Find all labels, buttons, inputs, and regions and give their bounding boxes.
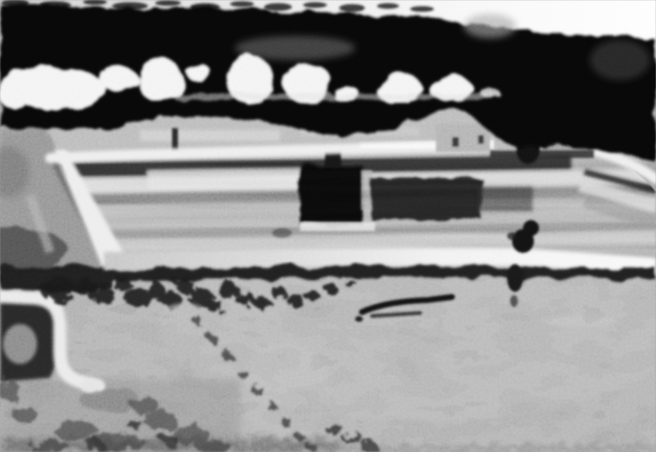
archival-photograph [0, 0, 656, 452]
photo-canvas [0, 0, 656, 452]
film-grain-overlay [0, 0, 656, 452]
